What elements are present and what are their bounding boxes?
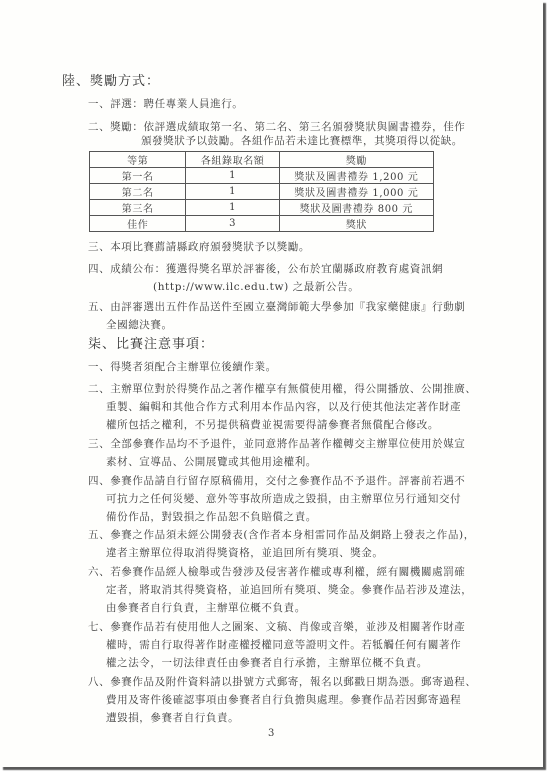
header-rank: 等第 <box>90 152 186 168</box>
award-item-2-cont: 頒發獎狀予以鼓勵。各組作品若未達比賽標準，其獎項得以從缺。 <box>141 134 463 148</box>
note-item-4: 四、參賽作品請自行留存原稿備用，交付之參賽作品不予退件。評審前若遇不 <box>88 474 465 488</box>
note-item-7-cont: 權之法令，一切法律責任由參賽者自行承擔，主辦單位概不負責。 <box>106 656 428 670</box>
cell-rank: 第一名 <box>90 168 186 184</box>
note-item-2-cont: 重製、編輯和其他合作方式利用本作品內容，以及行使其他法定著作財產 <box>106 400 461 414</box>
note-item-5: 五、參賽之作品須未經公開發表(含作者本身相雷同作品及網路上發表之作品)， <box>88 528 475 542</box>
award-item-2: 二、獎勵：依評選成績取第一名、第二名、第三名頒發獎狀與圖書禮券，佳作 <box>88 120 465 134</box>
award-table: 等第 各組錄取名額 獎勵 第一名 1 獎狀及圖書禮券 1,200 元 第二名 1… <box>89 151 434 232</box>
note-item-2: 二、主辦單位對於得獎作品之著作權享有無償使用權，得公開播放、公開推廣、 <box>88 382 477 396</box>
award-item-5-cont: 全國總決賽。 <box>106 318 173 332</box>
note-item-7-cont: 權時，需自行取得著作財產權授權同意等證明文件。若牴觸任何有關著作 <box>106 638 461 652</box>
note-item-6: 六、若參賽作品經人檢舉或告發涉及侵害著作權或專利權，經有關機關處罰確 <box>88 565 465 579</box>
note-item-2-cont: 權所包括之權利，不另提供稿費並視需要得請參賽者無償配合修改。 <box>106 418 439 432</box>
cell-quota: 1 <box>186 200 279 216</box>
cell-rank: 佳作 <box>90 216 186 232</box>
award-item-4: 四、成績公布：獲選得獎名單於評審後，公布於宜蘭縣政府教育處資訊網 <box>88 262 443 276</box>
note-item-5-cont: 違者主辦單位得取消得獎資格，並追回所有獎項、獎金。 <box>106 546 384 560</box>
table-row: 佳作 3 獎狀 <box>90 216 434 232</box>
cell-reward: 獎狀及圖書禮券 1,000 元 <box>279 184 433 200</box>
header-quota: 各組錄取名額 <box>186 152 279 168</box>
cell-quota: 3 <box>186 216 279 232</box>
page-number: 3 <box>268 728 274 739</box>
award-item-5: 五、由評審選出五件作品送件至國立臺灣師範大學參加『我家藥健康』行動劇 <box>88 300 465 314</box>
cell-reward: 獎狀及圖書禮券 1,200 元 <box>279 168 433 184</box>
note-item-8-cont: 費用及寄件後確認事項由參賽者自行負擔與處理。參賽作品若因郵寄過程 <box>106 693 461 707</box>
note-item-4-cont: 可抗力之任何災變、意外等事故所造成之毀損，由主辦單位另行通知交付 <box>106 492 461 506</box>
table-row: 第二名 1 獎狀及圖書禮券 1,000 元 <box>90 184 434 200</box>
note-item-6-cont: 定者，將取消其得獎資格，並追回所有獎項、獎金。參賽作品若涉及違法， <box>106 583 472 597</box>
note-item-3-cont: 素材、宣導品、公開展覽或其他用途權利。 <box>106 455 317 469</box>
document-page: 陸、獎勵方式： 一、評選：聘任專業人員進行。 二、獎勵：依評選成績取第一名、第二… <box>0 0 543 767</box>
note-item-8-cont: 遭毀損，參賽者自行負責。 <box>106 711 239 725</box>
award-item-3: 三、本項比賽薦請縣政府頒發獎狀予以獎勵。 <box>88 240 310 254</box>
note-item-4-cont: 備份作品，對毀損之作品恕不負賠償之責。 <box>106 510 317 524</box>
note-item-8: 八、參賽作品及附件資料請以掛號方式郵寄，報名以郵戳日期為憑。郵寄過程、 <box>88 675 477 689</box>
note-item-6-cont: 由參賽者自行負責，主辦單位概不負責。 <box>106 601 306 615</box>
cell-quota: 1 <box>186 184 279 200</box>
award-item-1: 一、評選：聘任專業人員進行。 <box>88 97 243 111</box>
award-item-4-url: (http://www.ilc.edu.tw) 之最新公告。 <box>153 280 359 294</box>
cell-rank: 第三名 <box>90 200 186 216</box>
table-row: 第一名 1 獎狀及圖書禮券 1,200 元 <box>90 168 434 184</box>
cell-quota: 1 <box>186 168 279 184</box>
section-heading-notes: 柒、比賽注意事項： <box>88 338 214 352</box>
note-item-3: 三、全部參賽作品均不予退件，並同意將作品著作權轉交主辦單位使用於媒宣 <box>88 437 465 451</box>
note-item-1: 一、得獎者須配合主辦單位後續作業。 <box>88 360 277 374</box>
cell-rank: 第二名 <box>90 184 186 200</box>
table-header-row: 等第 各組錄取名額 獎勵 <box>90 152 434 168</box>
cell-reward: 獎狀 <box>279 216 433 232</box>
note-item-7: 七、參賽作品若有使用他人之圖案、文稿、肖像或音樂，並涉及相關著作財產 <box>88 620 465 634</box>
section-heading-awards: 陸、獎勵方式： <box>62 75 160 89</box>
header-reward: 獎勵 <box>279 152 433 168</box>
table-row: 第三名 1 獎狀及圖書禮券 800 元 <box>90 200 434 216</box>
cell-reward: 獎狀及圖書禮券 800 元 <box>279 200 433 216</box>
